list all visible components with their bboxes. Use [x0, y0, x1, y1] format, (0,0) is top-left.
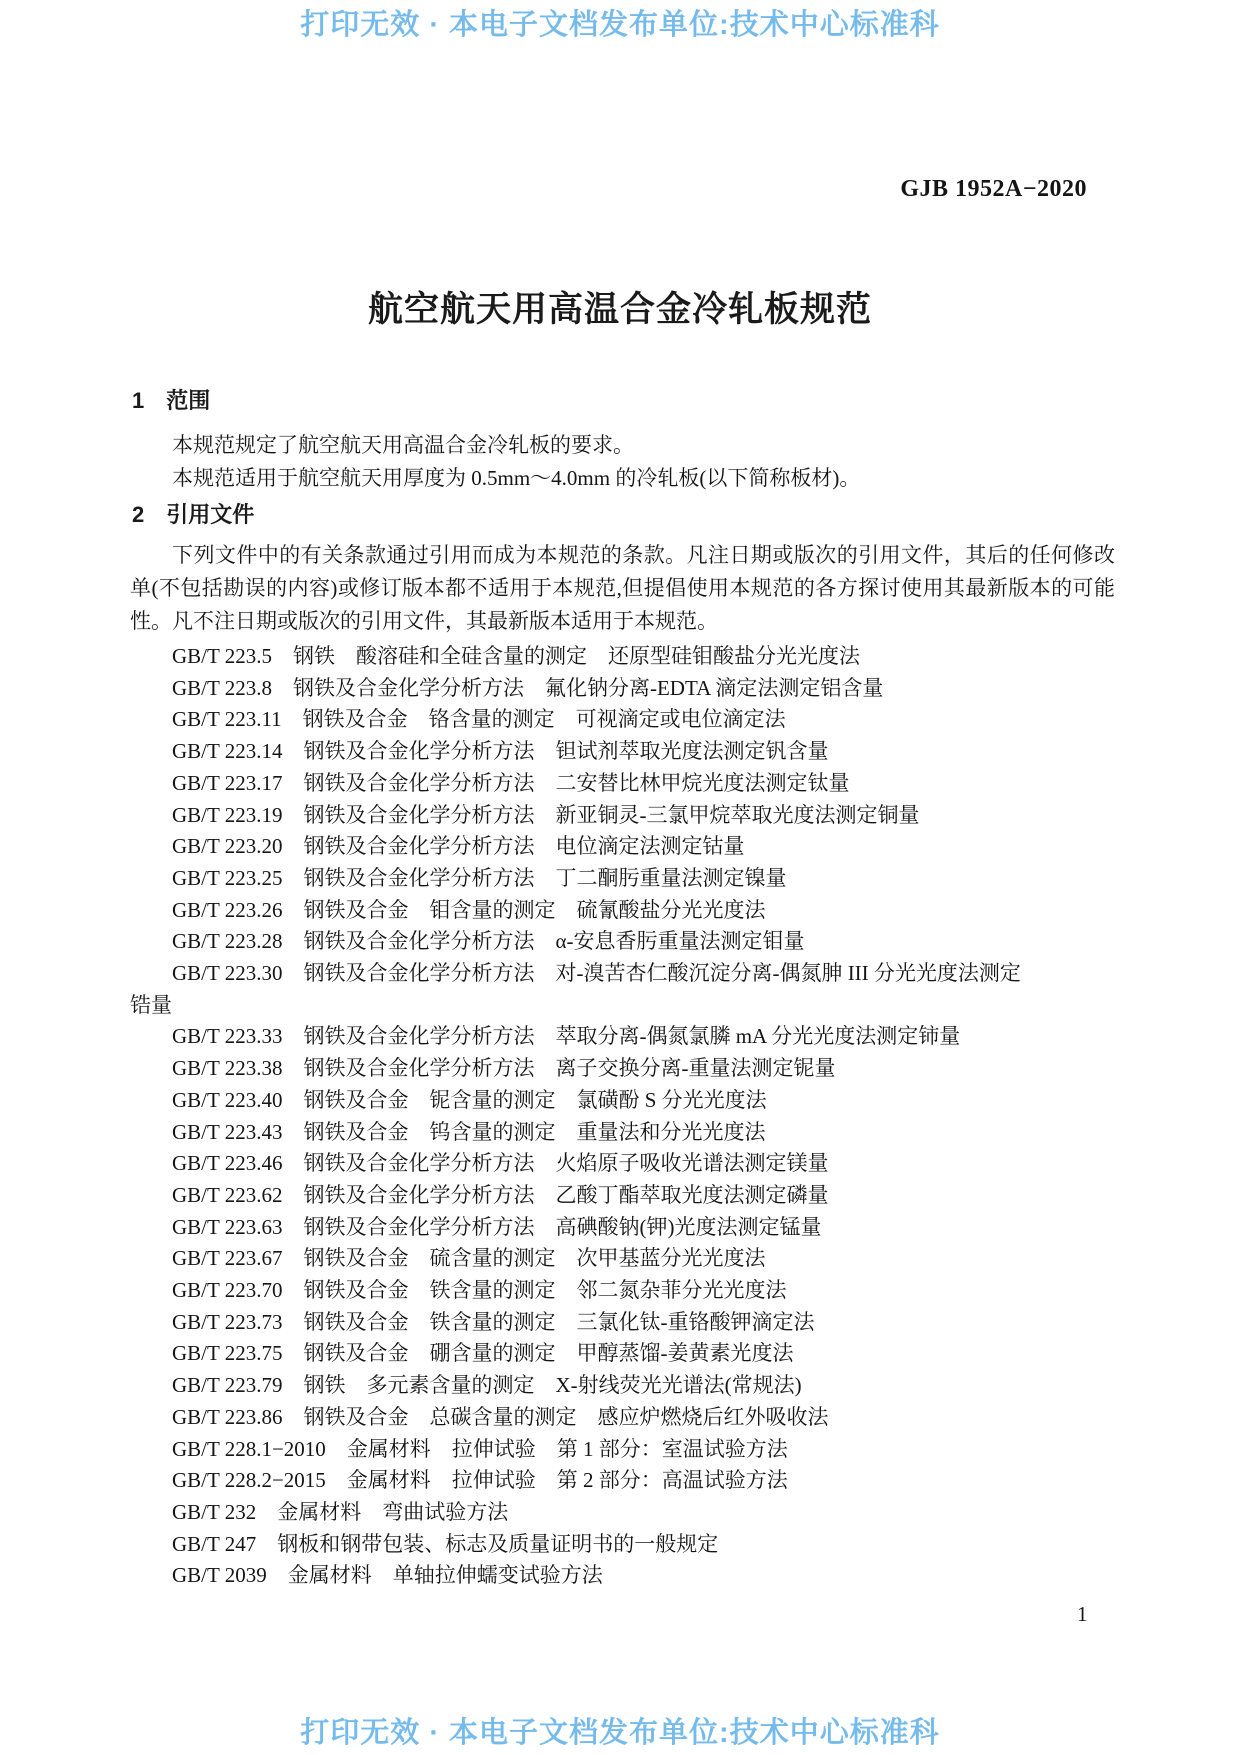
reference-line: GB/T 232 金属材料 弯曲试验方法: [130, 1497, 1120, 1529]
reference-line: GB/T 223.67 钢铁及合金 硫含量的测定 次甲基蓝分光光度法: [130, 1243, 1120, 1275]
reference-line: GB/T 223.40 钢铁及合金 铌含量的测定 氯磺酚 S 分光光度法: [130, 1085, 1120, 1117]
reference-line: GB/T 223.46 钢铁及合金化学分析方法 火焰原子吸收光谱法测定镁量: [130, 1148, 1120, 1180]
section-1-label: 范围: [166, 388, 210, 413]
reference-line: GB/T 247 钢板和钢带包装、标志及质量证明书的一般规定: [130, 1529, 1120, 1561]
reference-line: GB/T 223.73 钢铁及合金 铁含量的测定 三氯化钛-重铬酸钾滴定法: [130, 1307, 1120, 1339]
section-1-number: 1: [132, 388, 144, 413]
reference-line: GB/T 228.2−2015 金属材料 拉伸试验 第 2 部分：高温试验方法: [130, 1465, 1120, 1497]
reference-line: GB/T 223.79 钢铁 多元素含量的测定 X-射线荧光光谱法(常规法): [130, 1370, 1120, 1402]
reference-line: GB/T 223.33 钢铁及合金化学分析方法 萃取分离-偶氮氯膦 mA 分光光…: [130, 1021, 1120, 1053]
document-page: 打印无效 · 本电子文档发布单位:技术中心标准科 GJB 1952A−2020 …: [0, 0, 1240, 1755]
reference-line: GB/T 223.26 钢铁及合金 钼含量的测定 硫氰酸盐分光光度法: [130, 895, 1120, 927]
reference-line: GB/T 223.70 钢铁及合金 铁含量的测定 邻二氮杂菲分光光度法: [130, 1275, 1120, 1307]
reference-line: GB/T 223.25 钢铁及合金化学分析方法 丁二酮肟重量法测定镍量: [130, 863, 1120, 895]
reference-line: GB/T 223.8 钢铁及合金化学分析方法 氟化钠分离-EDTA 滴定法测定铝…: [130, 673, 1120, 705]
watermark-bottom: 打印无效 · 本电子文档发布单位:技术中心标准科: [0, 1710, 1240, 1751]
page-number: 1: [1077, 1602, 1088, 1627]
reference-line: GB/T 223.28 钢铁及合金化学分析方法 α-安息香肟重量法测定钼量: [130, 926, 1120, 958]
reference-line: GB/T 223.62 钢铁及合金化学分析方法 乙酸丁酯萃取光度法测定磷量: [130, 1180, 1120, 1212]
reference-line: GB/T 223.17 钢铁及合金化学分析方法 二安替比林甲烷光度法测定钛量: [130, 768, 1120, 800]
reference-line: GB/T 2039 金属材料 单轴拉伸蠕变试验方法: [130, 1560, 1120, 1592]
reference-line: GB/T 223.43 钢铁及合金 钨含量的测定 重量法和分光光度法: [130, 1117, 1120, 1149]
section-1-heading: 1范围: [132, 384, 210, 415]
scope-paragraph-2: 本规范适用于航空航天用厚度为 0.5mm～4.0mm 的冷轧板(以下简称板材)。: [172, 462, 860, 492]
reference-line: GB/T 223.5 钢铁 酸溶硅和全硅含量的测定 还原型硅钼酸盐分光光度法: [130, 641, 1120, 673]
reference-line: GB/T 223.86 钢铁及合金 总碳含量的测定 感应炉燃烧后红外吸收法: [130, 1402, 1120, 1434]
scope-paragraph-1: 本规范规定了航空航天用高温合金冷轧板的要求。: [172, 429, 634, 459]
reference-line: GB/T 228.1−2010 金属材料 拉伸试验 第 1 部分：室温试验方法: [130, 1434, 1120, 1466]
reference-line: GB/T 223.11 钢铁及合金 铬含量的测定 可视滴定或电位滴定法: [130, 704, 1120, 736]
document-title: 航空航天用高温合金冷轧板规范: [0, 282, 1240, 332]
section-2-number: 2: [132, 502, 144, 527]
reference-line: GB/T 223.19 钢铁及合金化学分析方法 新亚铜灵-三氯甲烷萃取光度法测定…: [130, 800, 1120, 832]
doc-number: GJB 1952A−2020: [900, 176, 1087, 203]
reference-line: GB/T 223.30 钢铁及合金化学分析方法 对-溴苦杏仁酸沉淀分离-偶氮胂 …: [130, 958, 1120, 990]
reference-line: GB/T 223.14 钢铁及合金化学分析方法 钽试剂萃取光度法测定钒含量: [130, 736, 1120, 768]
reference-line: GB/T 223.38 钢铁及合金化学分析方法 离子交换分离-重量法测定铌量: [130, 1053, 1120, 1085]
reference-line: GB/T 223.63 钢铁及合金化学分析方法 高碘酸钠(钾)光度法测定锰量: [130, 1212, 1120, 1244]
section-2-heading: 2引用文件: [132, 498, 254, 529]
reference-line: GB/T 223.75 钢铁及合金 硼含量的测定 甲醇蒸馏-姜黄素光度法: [130, 1338, 1120, 1370]
references-intro: 下列文件中的有关条款通过引用而成为本规范的条款。凡注日期或版次的引用文件，其后的…: [130, 539, 1115, 638]
section-2-label: 引用文件: [166, 502, 254, 527]
reference-list: GB/T 223.5 钢铁 酸溶硅和全硅含量的测定 还原型硅钼酸盐分光光度法GB…: [130, 641, 1120, 1592]
watermark-top: 打印无效 · 本电子文档发布单位:技术中心标准科: [0, 2, 1240, 43]
reference-line: GB/T 223.20 钢铁及合金化学分析方法 电位滴定法测定钴量: [130, 831, 1120, 863]
reference-line: 锆量: [130, 990, 1120, 1022]
